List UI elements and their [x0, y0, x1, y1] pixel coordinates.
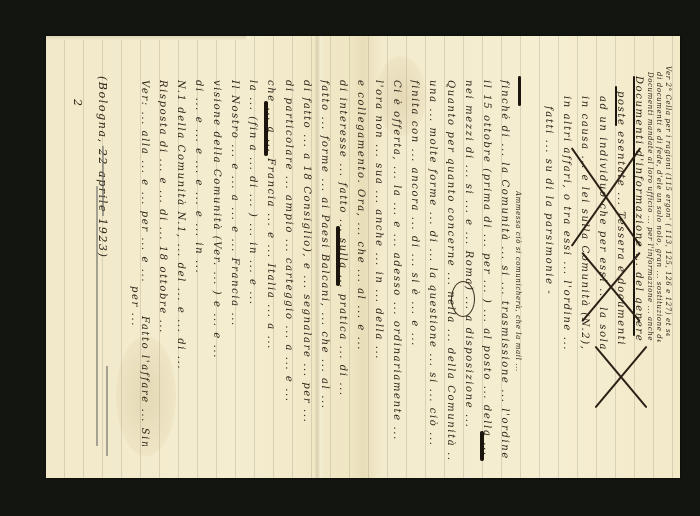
text-column: visione della Comunità (Ver. ... ) e ...…: [210, 80, 222, 460]
text-column: di ... e ... e ... e ... e ... in ...: [192, 80, 204, 460]
torn-edge: [46, 36, 246, 40]
pencil-mark: [102, 146, 104, 216]
text-column: Documenti mandate al loro ufficio ... pe…: [644, 72, 656, 342]
text-column: l'ora non ... sua ... anche ... in ... d…: [372, 80, 384, 460]
text-column: una ... molte forme ... di ... la questi…: [426, 80, 438, 460]
text-column: di fatto ... a 18 Consiglio), e ... segn…: [300, 80, 312, 460]
text-column: finché di ... la Comunità ... si ... tra…: [498, 80, 510, 460]
text-column: la ... (fin a ... di ... ) ... in ... e …: [246, 80, 258, 460]
text-column: Quanto per quanto concerne ... nella ...…: [444, 80, 456, 460]
strike-through: [615, 86, 617, 126]
redaction-mark: [336, 226, 340, 286]
strike-through: [633, 76, 635, 336]
text-column: Ammessa ciò si comunicherà, che la mail …: [512, 191, 524, 451]
text-column: in altri affari, o tra essi ... l'ordine…: [560, 96, 572, 351]
text-column: ad un individuo che per essi ... la sola…: [596, 96, 608, 351]
text-column: finita con ... ancora ... di ... si è ..…: [408, 80, 420, 460]
text-column: N.1 della Comunità N.1, ... del ... e ..…: [174, 80, 186, 460]
text-column: Risposta di ... e ... di ... 18 ottobre …: [156, 80, 168, 460]
text-column: di particolare ... ampio ... carteggio .…: [282, 80, 294, 460]
text-column: il 15 ottobre (prima di ... per ... ) ..…: [480, 80, 492, 460]
text-column: Ci è offerta, ... la ... e ... adesso ..…: [390, 80, 402, 460]
pencil-mark: [106, 366, 108, 456]
text-column: nei mezzi di ... si ... e ... Roma) ... …: [462, 80, 474, 460]
circled-annotation: [451, 281, 475, 317]
text-column: e collegamento. Ora, ... che ... al ... …: [354, 80, 366, 460]
redaction-mark: [264, 101, 268, 156]
pencil-mark: [96, 186, 98, 446]
text-column: fatti ... su di la parsimonie -: [542, 106, 554, 306]
page-number: 2: [71, 99, 84, 106]
text-column: Il Nostro ... e ... a ... e ... Francia …: [228, 80, 240, 460]
redaction-mark: [518, 76, 521, 106]
manuscript-page: Ver 2° Cella per i ragioni (115 ergon' (…: [46, 36, 680, 478]
redaction-mark: [480, 431, 484, 461]
signature: Fatto l'affare ... Simetti ... a ... 29: [138, 316, 150, 446]
text-column: fatto ... forme ... ai Paesi Balcani, ..…: [318, 80, 330, 460]
